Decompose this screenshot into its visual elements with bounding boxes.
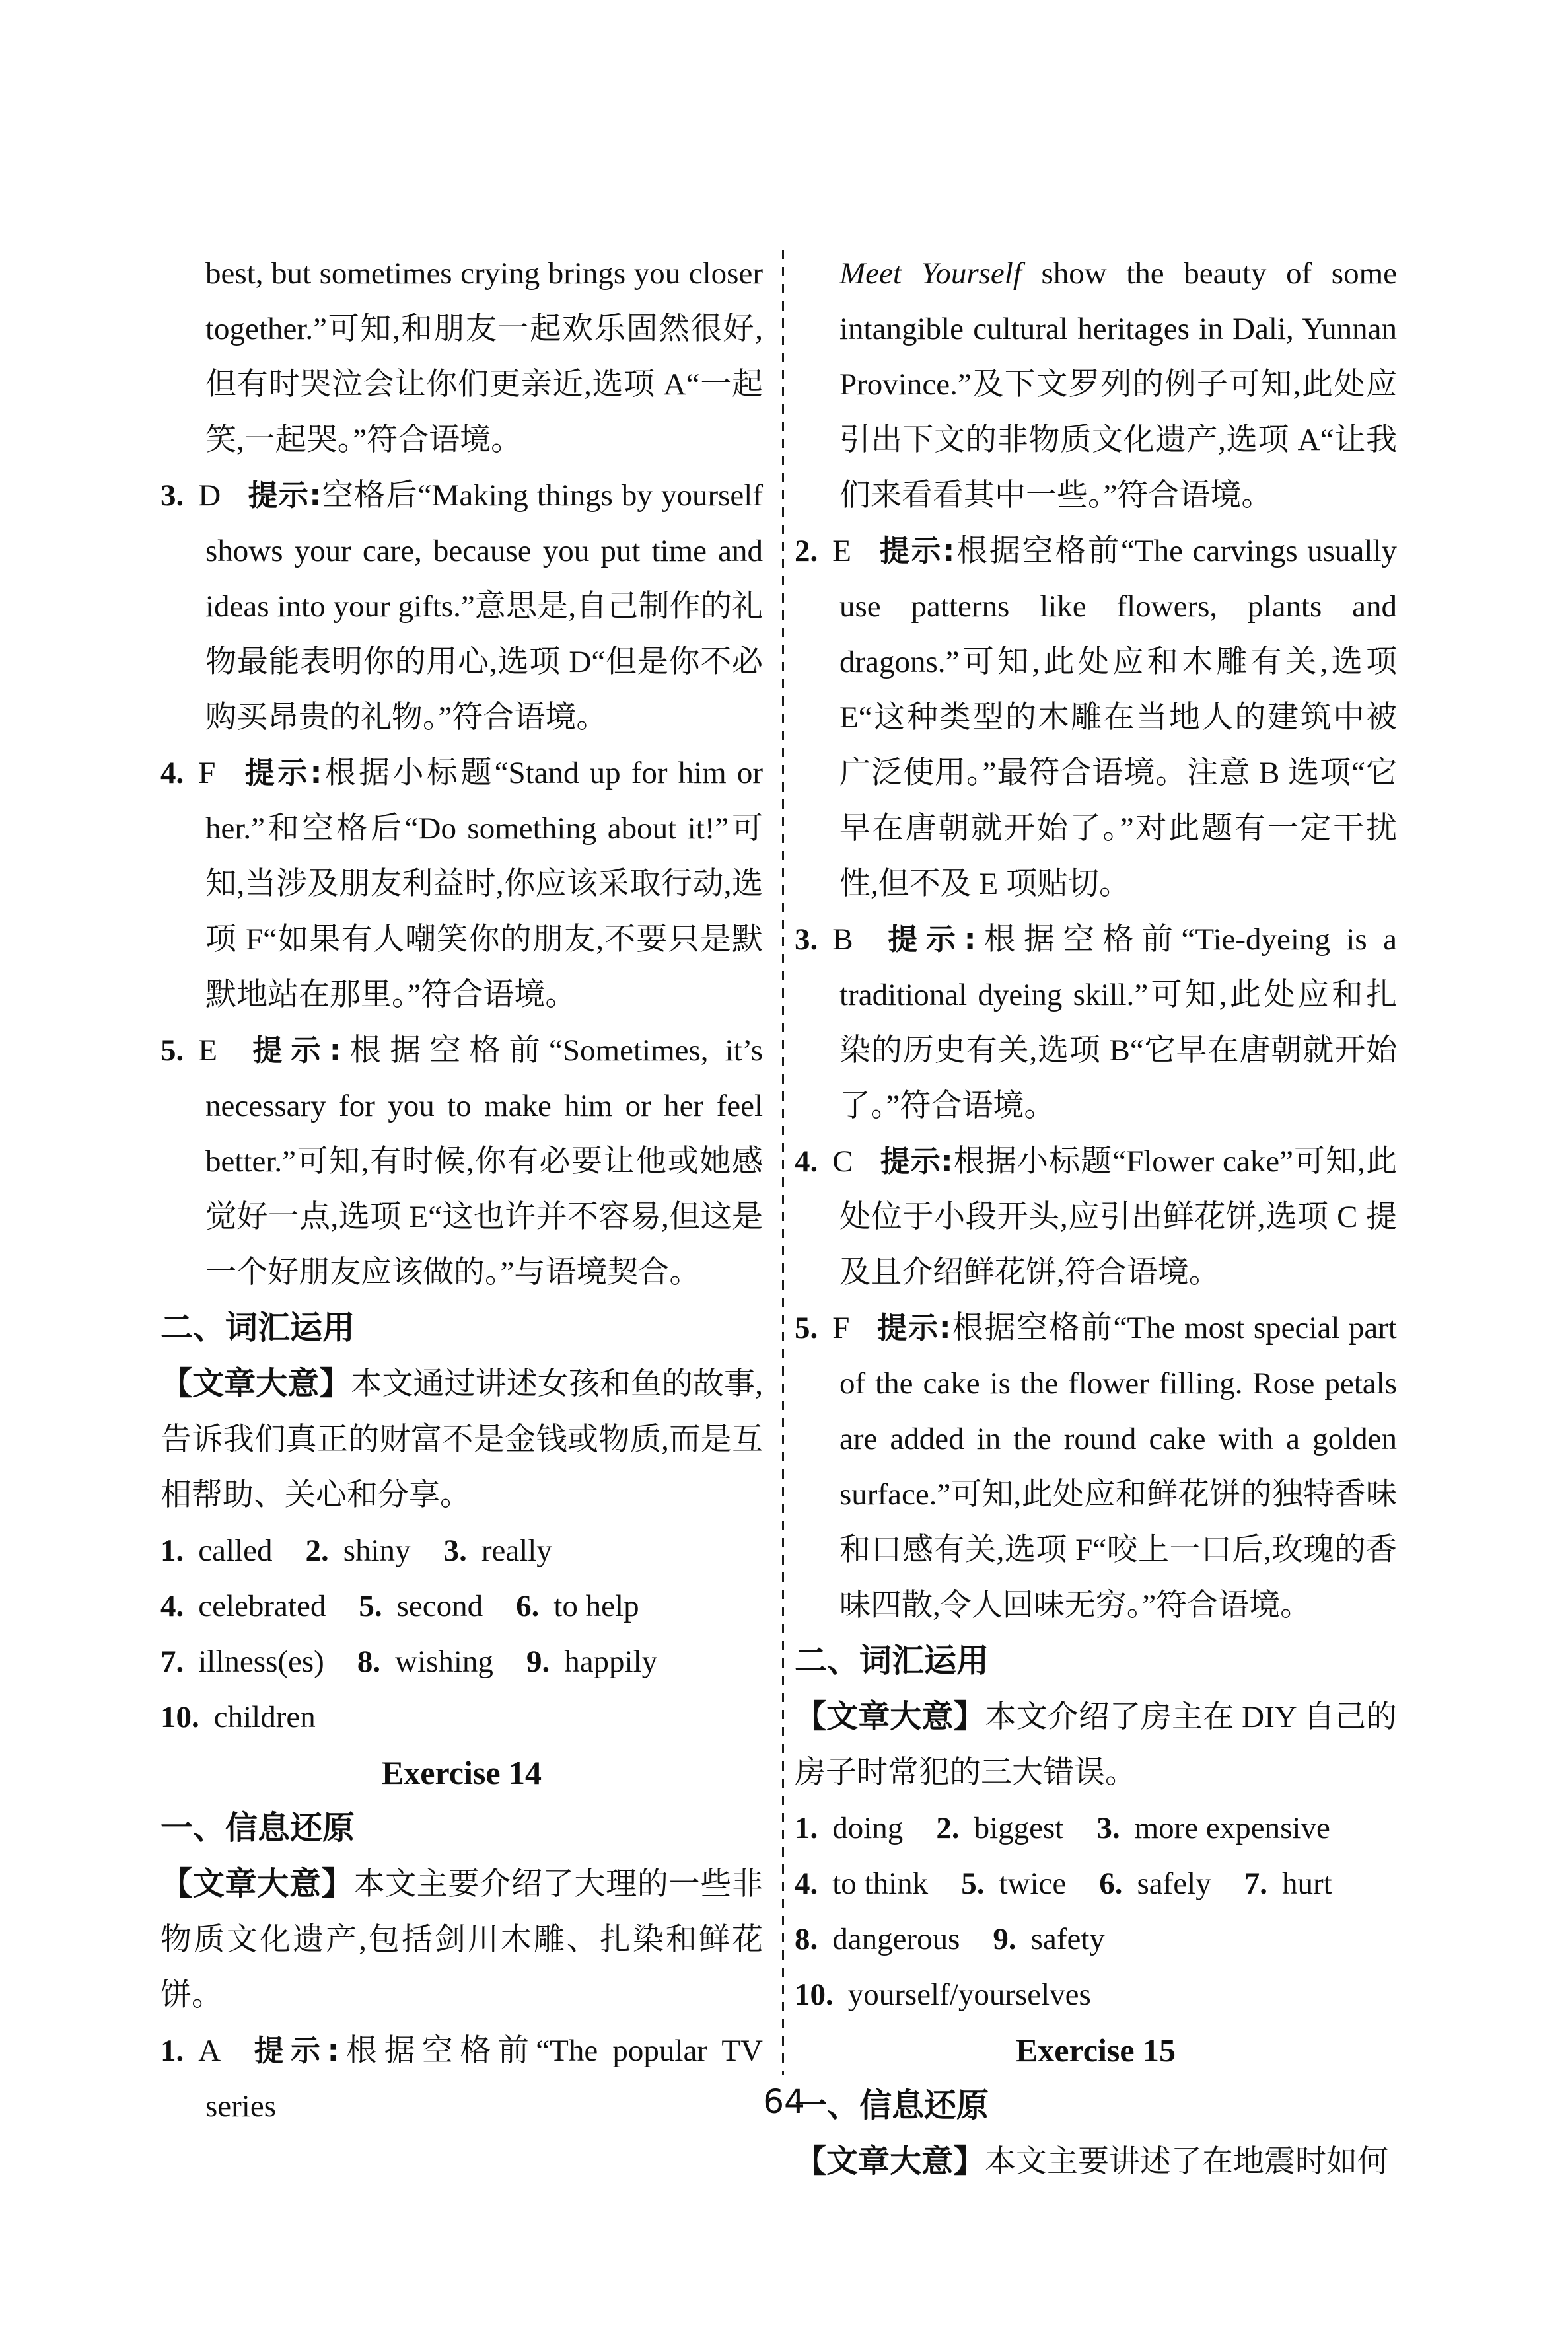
item-number: 5.	[160, 1033, 184, 1068]
answer-pair: 4.celebrated	[160, 1589, 326, 1623]
answer-number: 3.	[444, 1533, 467, 1568]
text-segment: 根据空格前“	[341, 1033, 563, 1068]
answer-number: 6.	[516, 1589, 539, 1623]
item-number: 2.	[795, 534, 818, 568]
passage-summary: 【文章大意】本文主要介绍了大理的一些非物质文化遗产,包括剑川木雕、扎染和鲜花饼。	[160, 1856, 763, 2023]
answer-number: 9.	[993, 1922, 1016, 1956]
text-segment: Do something about it!	[419, 811, 715, 846]
hint-label: 提示:	[878, 533, 954, 568]
answer-number: 2.	[305, 1533, 328, 1568]
text-segment: 空格后“	[321, 478, 431, 513]
answer-value: happily	[564, 1644, 657, 1679]
answer-letter: B	[832, 922, 853, 957]
answer-value: hurt	[1282, 1866, 1332, 1901]
answer-number: 8.	[357, 1644, 380, 1679]
answer-value: more expensive	[1135, 1811, 1330, 1845]
answer-pair: 7.hurt	[1244, 1866, 1332, 1901]
answer-number: 9.	[526, 1644, 550, 1679]
left-column: best, but sometimes crying brings you cl…	[160, 246, 763, 2134]
answers-row: 4.celebrated5.second6.to help	[160, 1578, 763, 1634]
answer-number: 1.	[160, 1533, 184, 1568]
answer-number: 3.	[1096, 1811, 1120, 1845]
text-segment: ”可知,此处应和木雕有关,选项 E“这种类型的木雕在当地人的建筑中被广泛使用。”…	[839, 645, 1397, 901]
hint-label: 提示:	[244, 1033, 341, 1068]
item-number: 1.	[160, 2034, 184, 2068]
answers-row: 4.to think5.twice6.safely7.hurt	[795, 1856, 1397, 1911]
answer-pair: 3.more expensive	[1096, 1811, 1330, 1845]
answer-value: safely	[1137, 1866, 1211, 1901]
section-header: 一、信息还原	[160, 1800, 763, 1856]
text-segment: ”可知,有时候,你有必要让他或她感觉好一点,选项 E“这也许并不容易,但这是一个…	[205, 1144, 763, 1290]
hint-label: 提示:	[876, 1310, 950, 1345]
hint-label: 提示:	[242, 755, 322, 790]
answer-item: 3.D提示:空格后“Making things by yourself show…	[160, 468, 763, 745]
item-number: 4.	[795, 1144, 818, 1179]
answer-value: twice	[999, 1866, 1066, 1901]
answers-row: 10.children	[160, 1689, 763, 1745]
section-header: 二、词汇运用	[160, 1300, 763, 1356]
answer-pair: 5.second	[359, 1589, 483, 1623]
text-segment: 根据空格前“	[976, 922, 1195, 957]
answer-letter: F	[198, 756, 215, 790]
answer-pair: 3.really	[444, 1533, 552, 1568]
text-segment: Meet Yourself	[839, 256, 1022, 291]
answer-pair: 6.safely	[1099, 1866, 1211, 1901]
exercise-title: Exercise 14	[160, 1745, 763, 1800]
answer-item: 5.F提示:根据空格前“The most special part of the…	[795, 1300, 1397, 1633]
answer-number: 6.	[1099, 1866, 1122, 1901]
answer-letter: F	[832, 1311, 849, 1345]
answer-pair: 8.wishing	[357, 1644, 493, 1679]
text-segment: 根据小标题“	[953, 1144, 1126, 1179]
answer-value: doing	[832, 1811, 903, 1845]
answer-number: 4.	[160, 1589, 184, 1623]
answer-pair: 1.doing	[795, 1811, 903, 1845]
answer-value: biggest	[974, 1811, 1064, 1845]
summary-label: 【文章大意】	[160, 1865, 353, 1902]
answers-row: 1.called2.shiny3.really	[160, 1523, 763, 1578]
answer-pair: 9.happily	[526, 1644, 657, 1679]
answer-value: wishing	[395, 1644, 493, 1679]
exercise-title: Exercise 15	[795, 2022, 1397, 2078]
answer-number: 1.	[795, 1811, 818, 1845]
continued-paragraph: Meet Yourself show the beauty of some in…	[795, 246, 1397, 523]
answers-row: 7.illness(es)8.wishing9.happily	[160, 1634, 763, 1689]
text-segment: 根据空格前“	[951, 1311, 1127, 1345]
answer-value: called	[198, 1533, 272, 1568]
answer-item: 5.E提示:根据空格前“Sometimes, it’s necessary fo…	[160, 1023, 763, 1300]
answer-pair: 6.to help	[516, 1589, 639, 1623]
answer-letter: C	[832, 1144, 853, 1179]
summary-label: 【文章大意】	[795, 2143, 985, 2180]
answer-number: 10.	[160, 1700, 199, 1734]
answer-item: 4.F提示:根据小标题“Stand up for him or her.”和空格…	[160, 745, 763, 1023]
answer-value: children	[214, 1700, 316, 1734]
text-segment: Flower cake	[1126, 1144, 1279, 1179]
answer-pair: 1.called	[160, 1533, 272, 1568]
answer-value: shiny	[343, 1533, 411, 1568]
answer-pair: 8.dangerous	[795, 1922, 960, 1956]
text-segment: 根据空格前“	[339, 2034, 550, 2068]
answer-pair: 5.twice	[961, 1866, 1066, 1901]
column-divider	[782, 250, 784, 2075]
answer-letter: E	[832, 534, 851, 568]
summary-label: 【文章大意】	[160, 1365, 351, 1402]
item-number: 3.	[795, 922, 818, 957]
text-segment: 根据小标题“	[322, 756, 508, 790]
section-header: 二、词汇运用	[795, 1633, 1397, 1689]
hint-label: 提示:	[247, 478, 321, 513]
continued-paragraph: best, but sometimes crying brings you cl…	[160, 246, 763, 468]
answer-number: 7.	[1244, 1866, 1267, 1901]
answer-value: illness(es)	[198, 1644, 324, 1679]
answer-page: { "page": { "number": "64", "background_…	[0, 0, 1568, 2325]
text-segment: ”和空格后“	[251, 811, 418, 846]
answer-value: really	[481, 1533, 552, 1568]
answer-pair: 2.shiny	[305, 1533, 410, 1568]
answer-number: 10.	[795, 1977, 834, 2012]
passage-summary: 【文章大意】本文主要讲述了在地震时如何	[795, 2133, 1397, 2190]
answer-number: 5.	[359, 1589, 382, 1623]
summary-label: 【文章大意】	[795, 1698, 985, 1735]
answer-value: second	[397, 1589, 483, 1623]
passage-summary: 【文章大意】本文介绍了房主在 DIY 自己的房子时常犯的三大错误。	[795, 1689, 1397, 1800]
passage-summary: 【文章大意】本文通过讲述女孩和鱼的故事,告诉我们真正的财富不是金钱或物质,而是互…	[160, 1356, 763, 1523]
answer-value: to think	[832, 1866, 928, 1901]
item-number: 3.	[160, 478, 184, 513]
answer-letter: A	[198, 2034, 221, 2068]
answer-item: 4.C提示:根据小标题“Flower cake”可知,此处位于小段开头,应引出鲜…	[795, 1134, 1397, 1300]
answer-letter: E	[198, 1033, 217, 1068]
answers-row: 8.dangerous9.safety	[795, 1911, 1397, 1967]
text-segment: 本文主要讲述了在地震时如何	[985, 2145, 1388, 2179]
right-column: Meet Yourself show the beauty of some in…	[795, 246, 1397, 2190]
answer-pair: 10.children	[160, 1700, 316, 1734]
answer-item: 3.B提示:根据空格前“Tie-dyeing is a traditional …	[795, 912, 1397, 1134]
page-number: 64	[0, 2083, 1568, 2121]
hint-label: 提示:	[247, 2033, 339, 2068]
answer-number: 5.	[961, 1866, 984, 1901]
hint-label: 提示:	[880, 1144, 953, 1179]
item-number: 5.	[795, 1311, 818, 1345]
answer-value: to help	[553, 1589, 639, 1623]
answer-number: 7.	[160, 1644, 184, 1679]
answers-row: 10.yourself/yourselves	[795, 1967, 1397, 2022]
answer-item: 2.E提示:根据空格前“The carvings usually use pat…	[795, 523, 1397, 912]
answer-number: 4.	[795, 1866, 818, 1901]
answer-value: celebrated	[198, 1589, 326, 1623]
answer-pair: 9.safety	[993, 1922, 1104, 1956]
answer-number: 8.	[795, 1922, 818, 1956]
text-segment: 根据空格前“	[954, 534, 1135, 568]
answer-number: 2.	[936, 1811, 959, 1845]
answer-value: yourself/yourselves	[848, 1977, 1091, 2012]
answer-value: dangerous	[832, 1922, 960, 1956]
answer-letter: D	[198, 478, 221, 513]
item-number: 4.	[160, 756, 184, 790]
answer-value: safety	[1031, 1922, 1105, 1956]
answers-row: 1.doing2.biggest3.more expensive	[795, 1800, 1397, 1856]
answer-pair: 2.biggest	[936, 1811, 1063, 1845]
answer-pair: 4.to think	[795, 1866, 928, 1901]
answer-pair: 7.illness(es)	[160, 1644, 324, 1679]
answer-pair: 10.yourself/yourselves	[795, 1977, 1091, 2012]
hint-label: 提示:	[880, 922, 976, 957]
